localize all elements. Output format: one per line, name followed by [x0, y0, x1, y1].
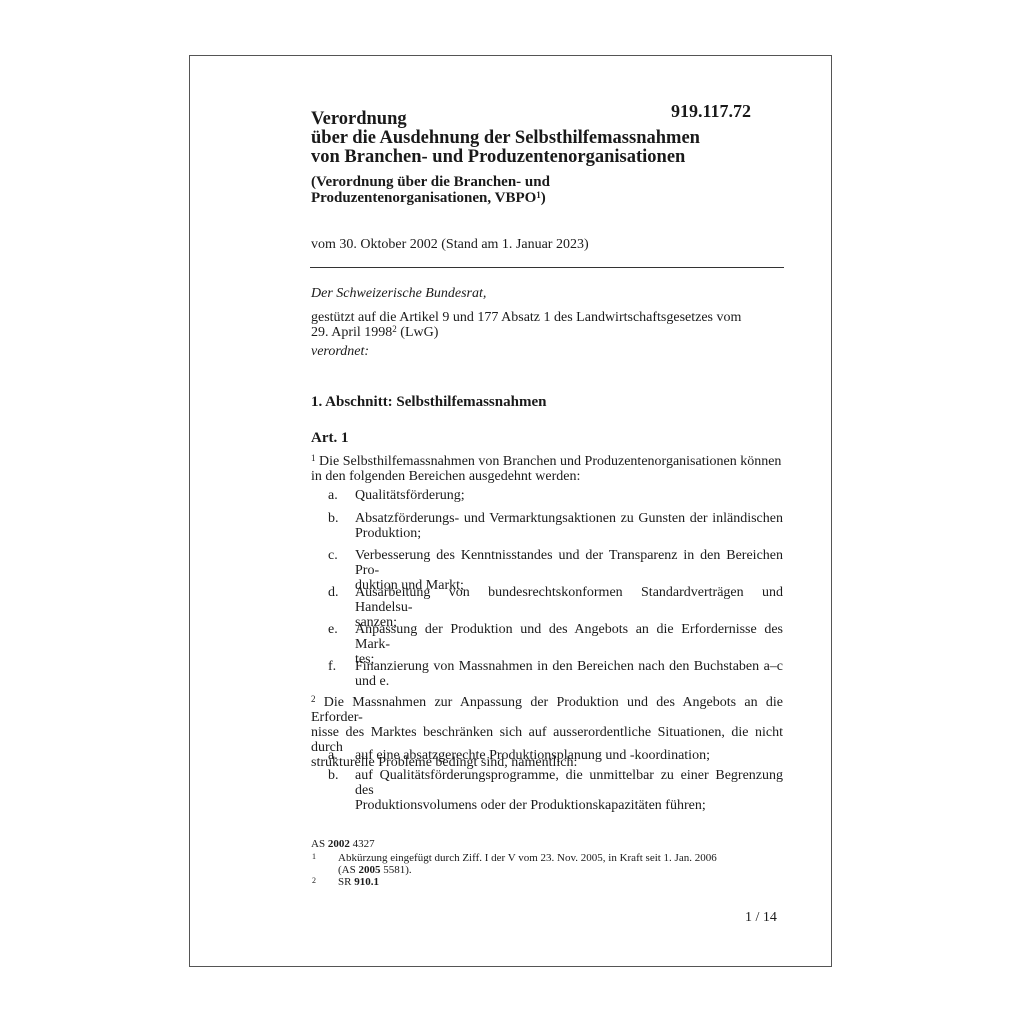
- list-text: auf Qualitätsförderungsprogramme, die un…: [355, 768, 783, 798]
- footnote-text: SR 910.1: [338, 877, 783, 889]
- short-title-line: (Verordnung über die Branchen- und: [311, 174, 550, 190]
- list-text: Produktionsvolumens oder der Produktions…: [355, 798, 783, 813]
- list-letter: b.: [328, 511, 339, 526]
- official-compilation-reference: AS 2002 4327: [311, 838, 375, 850]
- paragraph-text: Die Massnahmen zur Anpassung der Produkt…: [311, 695, 783, 725]
- title-line: über die Ausdehnung der Selbsthilfemassn…: [311, 129, 781, 148]
- paragraph-text: Die Selbsthilfemassnahmen von Branchen u…: [316, 454, 782, 469]
- preamble-text: (LwG): [397, 325, 439, 340]
- list-text: und e.: [355, 674, 783, 689]
- preamble-text: 29. April 1998: [311, 325, 392, 340]
- short-title-text: Produzentenorganisationen, VBPO: [311, 190, 536, 206]
- short-title: (Verordnung über die Branchen- und Produ…: [311, 174, 550, 206]
- list-text: auf eine absatzgerechte Produktionsplanu…: [355, 748, 783, 763]
- paragraph-line: 2 Die Massnahmen zur Anpassung der Produ…: [311, 695, 783, 725]
- title-line: von Branchen- und Produzentenorganisatio…: [311, 148, 781, 167]
- as-page: 4327: [350, 838, 375, 850]
- list-text: Finanzierung von Massnahmen in den Berei…: [355, 659, 783, 674]
- footnote-text-bold: 910.1: [354, 876, 379, 888]
- footnote-text-part: 5581).: [380, 864, 411, 876]
- preamble-basis-line: 29. April 19982 (LwG): [311, 325, 781, 340]
- list-text: Anpassung der Produktion und des Angebot…: [355, 622, 783, 652]
- header-divider: [310, 267, 784, 268]
- list-letter: a.: [328, 488, 338, 503]
- list-text: Verbesserung des Kenntnisstandes und der…: [355, 548, 783, 578]
- list-letter: d.: [328, 585, 339, 600]
- list-letter: c.: [328, 548, 338, 563]
- short-title-line: Produzentenorganisationen, VBPO1): [311, 190, 550, 206]
- list-text: Qualitätsförderung;: [355, 488, 783, 503]
- as-prefix: AS: [311, 838, 328, 850]
- section-heading: 1. Abschnitt: Selbsthilfemassnahmen: [311, 394, 546, 411]
- footnote-number: 1: [312, 851, 316, 863]
- preamble-verb: verordnet:: [311, 344, 369, 359]
- document-title: Verordnung über die Ausdehnung der Selbs…: [311, 110, 781, 167]
- footnote-text-part: SR: [338, 876, 354, 888]
- list-text: Ausarbeitung von bundesrechtskonformen S…: [355, 585, 783, 615]
- list-letter: a.: [328, 748, 338, 763]
- list-letter: b.: [328, 768, 339, 783]
- footnote-number: 2: [312, 875, 316, 887]
- list-text: Produktion;: [355, 526, 783, 541]
- as-year: 2002: [328, 838, 350, 850]
- footnote-text-bold: 2005: [358, 864, 380, 876]
- article-heading: Art. 1: [311, 430, 349, 447]
- title-line: Verordnung: [311, 110, 781, 129]
- preamble-issuer: Der Schweizerische Bundesrat,: [311, 286, 486, 301]
- preamble-basis: gestützt auf die Artikel 9 und 177 Absat…: [311, 310, 781, 340]
- date-line: vom 30. Oktober 2002 (Stand am 1. Januar…: [311, 237, 589, 252]
- paragraph-1: 1 Die Selbsthilfemassnahmen von Branchen…: [311, 454, 783, 484]
- preamble-basis-line: gestützt auf die Artikel 9 und 177 Absat…: [311, 310, 781, 325]
- list-text: Absatzförderungs- und Vermarktungsaktion…: [355, 511, 783, 526]
- short-title-close: ): [541, 190, 546, 206]
- footnote-text-part: (AS: [338, 864, 358, 876]
- paragraph-line: in den folgenden Bereichen ausgedehnt we…: [311, 469, 783, 484]
- page-number: 1 / 14: [745, 910, 777, 926]
- paragraph-line: 1 Die Selbsthilfemassnahmen von Branchen…: [311, 454, 783, 469]
- list-letter: f.: [328, 659, 336, 674]
- footnote-text: (AS 2005 5581).: [338, 865, 783, 877]
- list-letter: e.: [328, 622, 338, 637]
